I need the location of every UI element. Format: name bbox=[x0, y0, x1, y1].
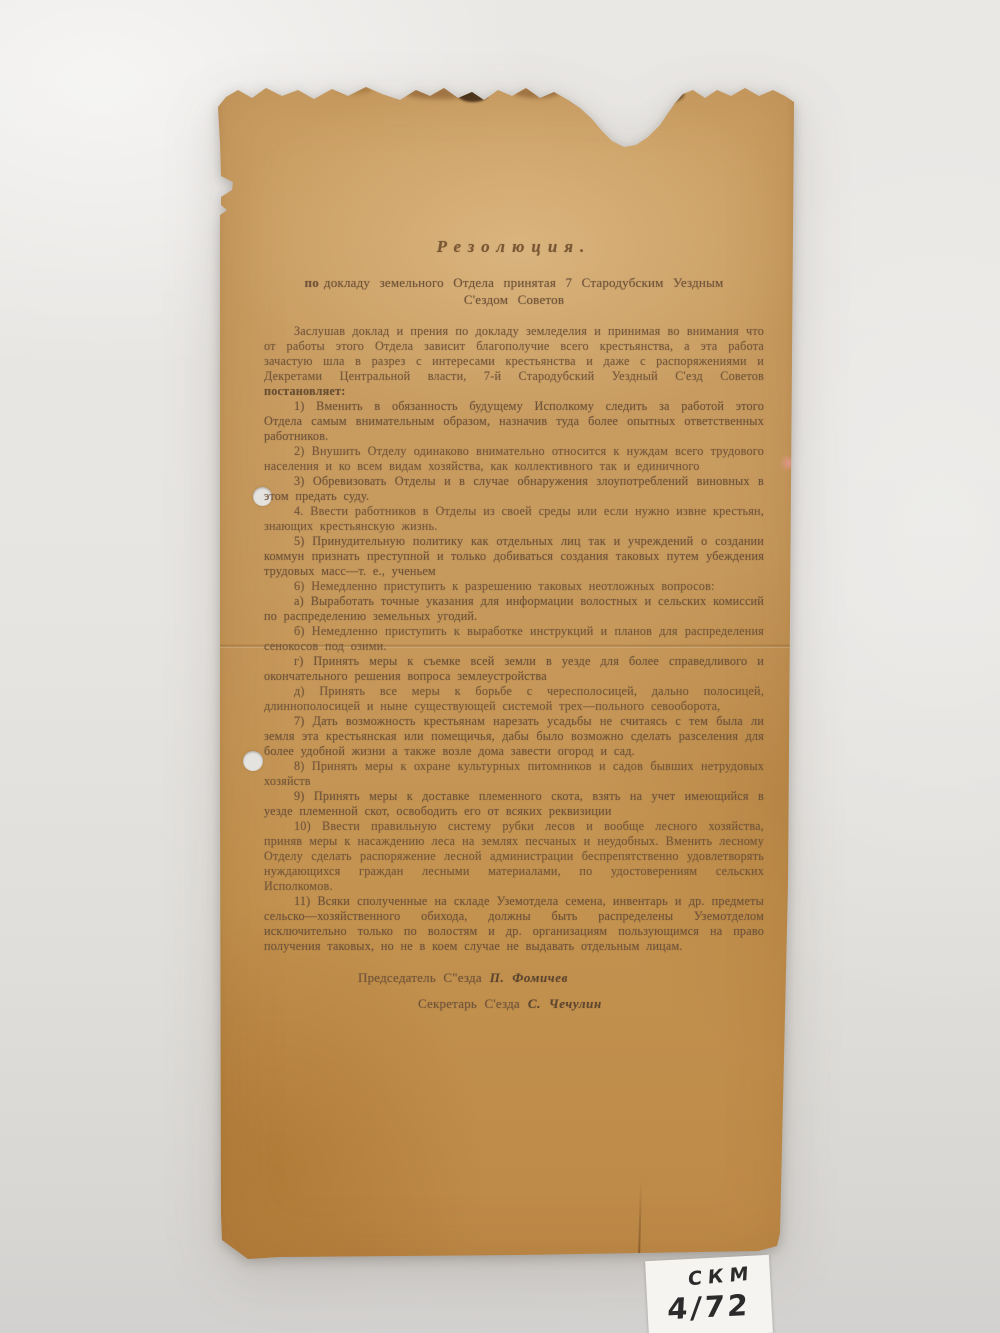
paragraph: а) Выработать точные указания для информ… bbox=[264, 594, 764, 624]
paragraph: 3) Обревизовать Отделы и в случае обнару… bbox=[264, 474, 764, 504]
paragraph: 5) Принудительную политику как отдельных… bbox=[264, 534, 764, 579]
paragraph: 1) Вменить в обязанность будущему Исполк… bbox=[264, 399, 764, 444]
document-paragraphs: Заслушав доклад и прения по докладу земл… bbox=[264, 324, 764, 954]
document-title: Резолюция. bbox=[264, 239, 764, 254]
paragraph: 9) Принять меры к доставке племенного ск… bbox=[264, 789, 764, 819]
document-subtitle: подокладу земельного Отдела принятая 7 С… bbox=[264, 274, 764, 308]
paragraph: 10) Ввести правильную систему рубки лесо… bbox=[264, 819, 764, 894]
signature-secretary: Секретарь С'ездаС. Чечулин bbox=[264, 996, 764, 1011]
paragraph: 8) Принять меры к охране культурных пито… bbox=[264, 759, 764, 789]
paragraph: 4. Ввести работников в Отделы из своей с… bbox=[264, 504, 764, 534]
paragraph: 7) Дать возможность крестьянам нарезать … bbox=[264, 714, 764, 759]
paragraph: б) Немедленно приступить к выработке инс… bbox=[264, 624, 764, 654]
subtitle-line2: С'ездом Советов bbox=[464, 292, 564, 307]
photo-background: Резолюция. подокладу земельного Отдела п… bbox=[0, 0, 1000, 1333]
archive-label: СКМ 4/72 bbox=[645, 1255, 773, 1333]
archive-label-code: СКМ bbox=[687, 1262, 760, 1290]
paragraph: 6) Немедленно приступить к разрешению та… bbox=[264, 579, 764, 594]
paragraph: 2) Внушить Отделу одинаково внимательно … bbox=[264, 444, 764, 474]
signature-chairman: Председатель С"ездаП. Фомичев bbox=[264, 970, 764, 985]
burn-stain bbox=[404, 86, 474, 99]
document-paper-wrapper: Резолюция. подокладу земельного Отдела п… bbox=[218, 83, 794, 1265]
signature-role: Секретарь С'езда bbox=[418, 996, 520, 1011]
paragraph: д) Принять все меры к борьбе с чересполо… bbox=[264, 684, 764, 714]
punch-hole bbox=[243, 751, 263, 771]
burn-stain bbox=[458, 88, 488, 102]
signature-name: П. Фомичев bbox=[490, 970, 568, 985]
burn-stain bbox=[642, 85, 684, 103]
paragraph: 11) Всяки сполученные на складе Уземотде… bbox=[264, 894, 764, 954]
subtitle-bold-word: по bbox=[305, 275, 319, 290]
red-edge-mark bbox=[779, 455, 792, 471]
archive-label-number: 4/72 bbox=[667, 1287, 773, 1327]
paragraph: Заслушав доклад и прения по докладу земл… bbox=[264, 324, 764, 399]
subtitle-text: докладу земельного Отдела принятая 7 Ста… bbox=[324, 275, 724, 290]
burn-stain bbox=[338, 85, 372, 94]
burn-stain bbox=[514, 87, 560, 98]
document-paper: Резолюция. подокладу земельного Отдела п… bbox=[218, 83, 794, 1265]
paper-tear bbox=[638, 1179, 642, 1263]
burn-stain bbox=[570, 91, 596, 103]
paragraph: г) Принять меры к съемке всей земли в уе… bbox=[264, 654, 764, 684]
signature-role: Председатель С"езда bbox=[358, 970, 482, 985]
document-text: Резолюция. подокладу земельного Отдела п… bbox=[264, 233, 764, 1011]
signature-name: С. Чечулин bbox=[528, 996, 602, 1011]
